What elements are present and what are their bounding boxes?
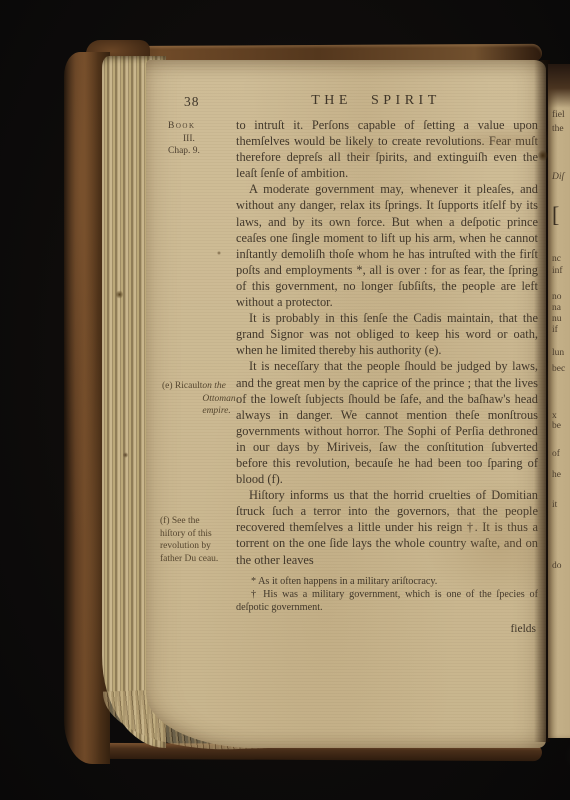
page-fragment: inf	[552, 266, 563, 276]
footnote-asterisk: * As it often happens in a military ariſ…	[236, 575, 538, 588]
speck	[116, 290, 123, 299]
margin-note-f-label: (f)	[160, 516, 170, 526]
page-fragment: [	[552, 210, 559, 220]
page-fragment: no	[552, 292, 562, 302]
margin-note-f: (f) See the hiſtory of this revolution b…	[160, 515, 220, 565]
page-fragment: of	[552, 449, 560, 459]
page-number: 38	[184, 94, 200, 110]
running-header: THE SPIRIT	[216, 93, 536, 109]
speck	[123, 452, 128, 458]
text-block: to intruſt it. Perſons capable of ſettin…	[236, 117, 538, 635]
page-fragment: he	[552, 470, 561, 480]
next-page-sliver: fiel the Diſ [ nc inf no na nu if lun be…	[548, 64, 570, 738]
page-fragment: bec	[552, 364, 565, 374]
margin-note-e-label: (e) Ricault	[162, 381, 202, 391]
page-fragment: fiel	[552, 110, 565, 120]
body-text: to intruſt it. Perſons capable of ſettin…	[236, 117, 538, 568]
next-page-binding-shadow	[548, 64, 570, 108]
footnotes: * As it often happens in a military ariſ…	[236, 575, 538, 614]
paragraph: It is neceſſary that the people ſhould b…	[236, 358, 538, 487]
footnote-dagger: † His was a military government, which i…	[236, 588, 538, 614]
page-fragment: be	[552, 421, 561, 431]
margin-chapter-number: III.	[168, 133, 232, 146]
page-fragment: na	[552, 303, 561, 313]
speck	[217, 251, 221, 255]
page-fragment: do	[552, 561, 562, 571]
margin-note-e: (e) Ricault on the Ottoman empire.	[162, 380, 220, 393]
page-fragment: lun	[552, 348, 564, 358]
page-fragment: Diſ	[552, 172, 564, 182]
catchword: fields	[236, 623, 538, 635]
paragraph: to intruſt it. Perſons capable of ſettin…	[236, 117, 538, 181]
book-page: 38 THE SPIRIT Book III. Chap. 9. (e) Ric…	[146, 60, 546, 748]
page-fragment: nc	[552, 254, 561, 264]
margin-note-e-title: on the Ottoman empire.	[202, 380, 235, 418]
page-fragment: the	[552, 124, 564, 134]
page-fragment: it	[552, 500, 557, 510]
paragraph: It is probably in this ſenſe the Cadis m…	[236, 310, 538, 358]
page-fragment: if	[552, 325, 558, 335]
margin-chapter-chap: Chap. 9.	[168, 145, 232, 158]
margin-note-chapter: Book III. Chap. 9.	[168, 120, 232, 158]
photo-background: 38 THE SPIRIT Book III. Chap. 9. (e) Ric…	[0, 0, 570, 800]
page-fragment: nu	[552, 314, 562, 324]
paragraph: A moderate government may, whenever it p…	[236, 181, 538, 310]
paragraph: Hiſtory informs us that the horrid cruel…	[236, 487, 538, 567]
page-fragment: x	[552, 411, 557, 421]
speck	[538, 150, 548, 161]
margin-chapter-book: Book	[168, 120, 232, 133]
